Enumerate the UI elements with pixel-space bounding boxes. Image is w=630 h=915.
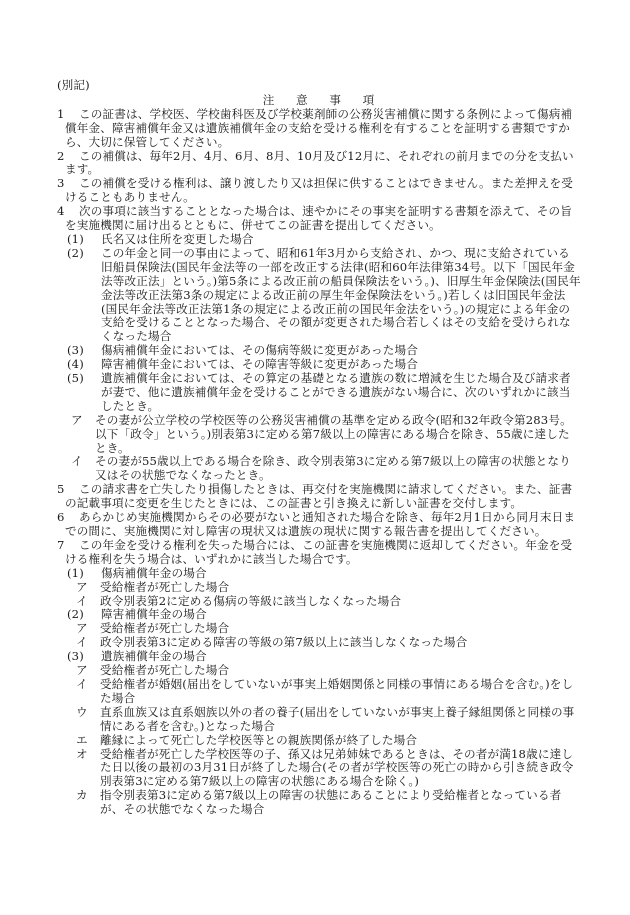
subitem-text: 障害補償年金の場合 [101, 607, 207, 621]
notice-item-6: 6あらかじめ実施機関からその必要がないと通知された場合を除き、毎年2月1日から同… [57, 511, 581, 539]
clause-marker: ア [76, 622, 100, 636]
subitem-text: 障害補償年金においては、その障害等級に変更があった場合 [101, 357, 418, 371]
clause-marker: ア [76, 581, 100, 595]
subitem-number: (3) [67, 650, 101, 664]
subitem-text: 傷病補償年金の場合 [101, 566, 207, 580]
notice-clause-7-2-i: イ政令別表第3に定める障害の等級の第7級以上に該当しなくなった場合 [57, 636, 581, 650]
item-number: 3 [57, 177, 79, 191]
notice-subitem-4-2: (2)この年金と同一の事由によって、昭和61年3月から支給され、かつ、現に支給さ… [57, 247, 581, 344]
document-title: 注 意 事 項 [57, 94, 581, 108]
notice-item-4: 4次の事項に該当することとなった場合は、速やかにその事実を証明する書類を添えて、… [57, 205, 581, 233]
item-number: 6 [57, 511, 79, 525]
item-text: この補償は、毎年2月、4月、6月、8月、10月及び12月に、それぞれの前月までの… [65, 149, 574, 177]
clause-marker: ア [76, 664, 100, 678]
subitem-text: 傷病補償年金においては、その傷病等級に変更があった場合 [101, 343, 418, 357]
notice-subitem-4-5: (5)遺族補償年金においては、その算定の基礎となる遺族の数に増減を生じた場合及び… [57, 372, 581, 414]
subitem-number: (2) [67, 247, 101, 261]
notice-subitem-7-1: (1)傷病補償年金の場合 [57, 567, 581, 581]
subitem-number: (1) [67, 233, 101, 247]
notice-clause-7-3-i: イ受給権者が婚姻(届出をしていないが事実上婚姻関係と同様の事情にある場合を含む。… [57, 678, 581, 706]
clause-text: その妻が公立学校の学校医等の公務災害補償の基準を定める政令(昭和32年政令第28… [95, 413, 572, 455]
subitem-number: (3) [67, 344, 101, 358]
subitem-number: (5) [67, 372, 101, 386]
notice-clause-7-2-a: ア受給権者が死亡した場合 [57, 622, 581, 636]
notice-clause-7-1-a: ア受給権者が死亡した場合 [57, 581, 581, 595]
clause-text: 離縁によって死亡した学校医等との親族関係が終了した場合 [100, 733, 417, 747]
clause-text: 受給権者が婚姻(届出をしていないが事実上婚姻関係と同様の事情にある場合を含む。)… [100, 677, 573, 705]
clause-text: 直系血族又は直系姻族以外の者の養子(届出をしていないが事実上養子縁組関係と同様の… [100, 705, 574, 733]
subitem-number: (4) [67, 358, 101, 372]
subitem-number: (2) [67, 608, 101, 622]
item-number: 1 [57, 108, 79, 122]
item-text: あらかじめ実施機関からその必要がないと通知された場合を除き、毎年2月1日から同月… [65, 510, 575, 538]
notice-clause-7-1-i: イ政令別表第2に定める傷病の等級に該当しなくなった場合 [57, 595, 581, 609]
notice-clause-4-5-a: アその妻が公立学校の学校医等の公務災害補償の基準を定める政令(昭和32年政令第2… [57, 414, 581, 456]
appendix-label: (別記) [57, 79, 581, 93]
subitem-text: 氏名又は住所を変更した場合 [101, 232, 254, 246]
clause-marker: イ [71, 455, 95, 469]
clause-text: 受給権者が死亡した場合 [100, 580, 229, 594]
notice-subitem-4-1: (1)氏名又は住所を変更した場合 [57, 233, 581, 247]
item-number: 5 [57, 483, 79, 497]
notice-clause-7-3-a: ア受給権者が死亡した場合 [57, 664, 581, 678]
notice-item-2: 2この補償は、毎年2月、4月、6月、8月、10月及び12月に、それぞれの前月まで… [57, 150, 581, 178]
notice-subitem-4-3: (3)傷病補償年金においては、その傷病等級に変更があった場合 [57, 344, 581, 358]
item-text: この年金を受ける権利を失った場合には、この証書を実施機関に返却してください。年金… [65, 538, 572, 566]
clause-marker: イ [76, 678, 100, 692]
notice-item-1: 1この証書は、学校医、学校歯科医及び学校薬剤師の公務災害補償に関する条例によって… [57, 108, 581, 150]
notice-clause-4-5-i: イその妻が55歳以上である場合を除き、政令別表第3に定める第7級以上の障害の状態… [57, 455, 581, 483]
item-number: 4 [57, 205, 79, 219]
clause-text: 受給権者が死亡した場合 [100, 663, 229, 677]
notice-item-3: 3この補償を受ける権利は、譲り渡したり又は担保に供することはできません。また差押… [57, 177, 581, 205]
notice-item-7: 7この年金を受ける権利を失った場合には、この証書を実施機関に返却してください。年… [57, 539, 581, 567]
notice-subitem-7-3: (3)遺族補償年金の場合 [57, 650, 581, 664]
subitem-text: この年金と同一の事由によって、昭和61年3月から支給され、かつ、現に支給されてい… [101, 246, 581, 343]
notice-clause-7-3-u: ウ直系血族又は直系姻族以外の者の養子(届出をしていないが事実上養子縁組関係と同様… [57, 706, 581, 734]
item-text: この請求書を亡失したり損傷したときは、再交付を実施機関に請求してください。また、… [65, 482, 572, 510]
clause-marker: イ [76, 636, 100, 650]
notice-clause-7-3-o: オ受給権者が死亡した学校医等の子、孫又は兄弟姉妹であるときは、その者が満18歳に… [57, 748, 581, 790]
notice-item-5: 5この請求書を亡失したり損傷したときは、再交付を実施機関に請求してください。また… [57, 483, 581, 511]
notice-clause-7-3-ka: カ指令別表第3に定める第7級以上の障害の状態にあることにより受給権者となっている… [57, 789, 581, 817]
notice-subitem-7-2: (2)障害補償年金の場合 [57, 608, 581, 622]
clause-text: 政令別表第3に定める障害の等級の第7級以上に該当しなくなった場合 [100, 635, 467, 649]
notice-clause-7-3-e: エ離縁によって死亡した学校医等との親族関係が終了した場合 [57, 734, 581, 748]
notice-subitem-4-4: (4)障害補償年金においては、その障害等級に変更があった場合 [57, 358, 581, 372]
subitem-number: (1) [67, 567, 101, 581]
item-text: この証書は、学校医、学校歯科医及び学校薬剤師の公務災害補償に関する条例によって傷… [65, 107, 572, 149]
notice-document: (別記) 注 意 事 項 1この証書は、学校医、学校歯科医及び学校薬剤師の公務災… [57, 79, 581, 817]
item-number: 7 [57, 539, 79, 553]
subitem-text: 遺族補償年金の場合 [101, 649, 207, 663]
clause-marker: ア [71, 414, 95, 428]
clause-text: 受給権者が死亡した場合 [100, 621, 229, 635]
clause-marker: カ [76, 789, 100, 803]
clause-marker: オ [76, 748, 100, 762]
clause-marker: エ [76, 734, 100, 748]
clause-text: 受給権者が死亡した学校医等の子、孫又は兄弟姉妹であるときは、その者が満18歳に達… [100, 747, 574, 789]
clause-marker: ウ [76, 706, 100, 720]
clause-text: 指令別表第3に定める第7級以上の障害の状態にあることにより受給権者となっている者… [100, 788, 561, 816]
clause-text: その妻が55歳以上である場合を除き、政令別表第3に定める第7級以上の障害の状態と… [95, 454, 571, 482]
item-text: この補償を受ける権利は、譲り渡したり又は担保に供することはできません。また差押え… [65, 176, 573, 204]
clause-marker: イ [76, 595, 100, 609]
subitem-text: 遺族補償年金においては、その算定の基礎となる遺族の数に増減を生じた場合及び請求者… [101, 371, 571, 413]
item-number: 2 [57, 150, 79, 164]
clause-text: 政令別表第2に定める傷病の等級に該当しなくなった場合 [100, 594, 401, 608]
item-text: 次の事項に該当することとなった場合は、速やかにその事実を証明する書類を添えて、そ… [65, 204, 572, 232]
